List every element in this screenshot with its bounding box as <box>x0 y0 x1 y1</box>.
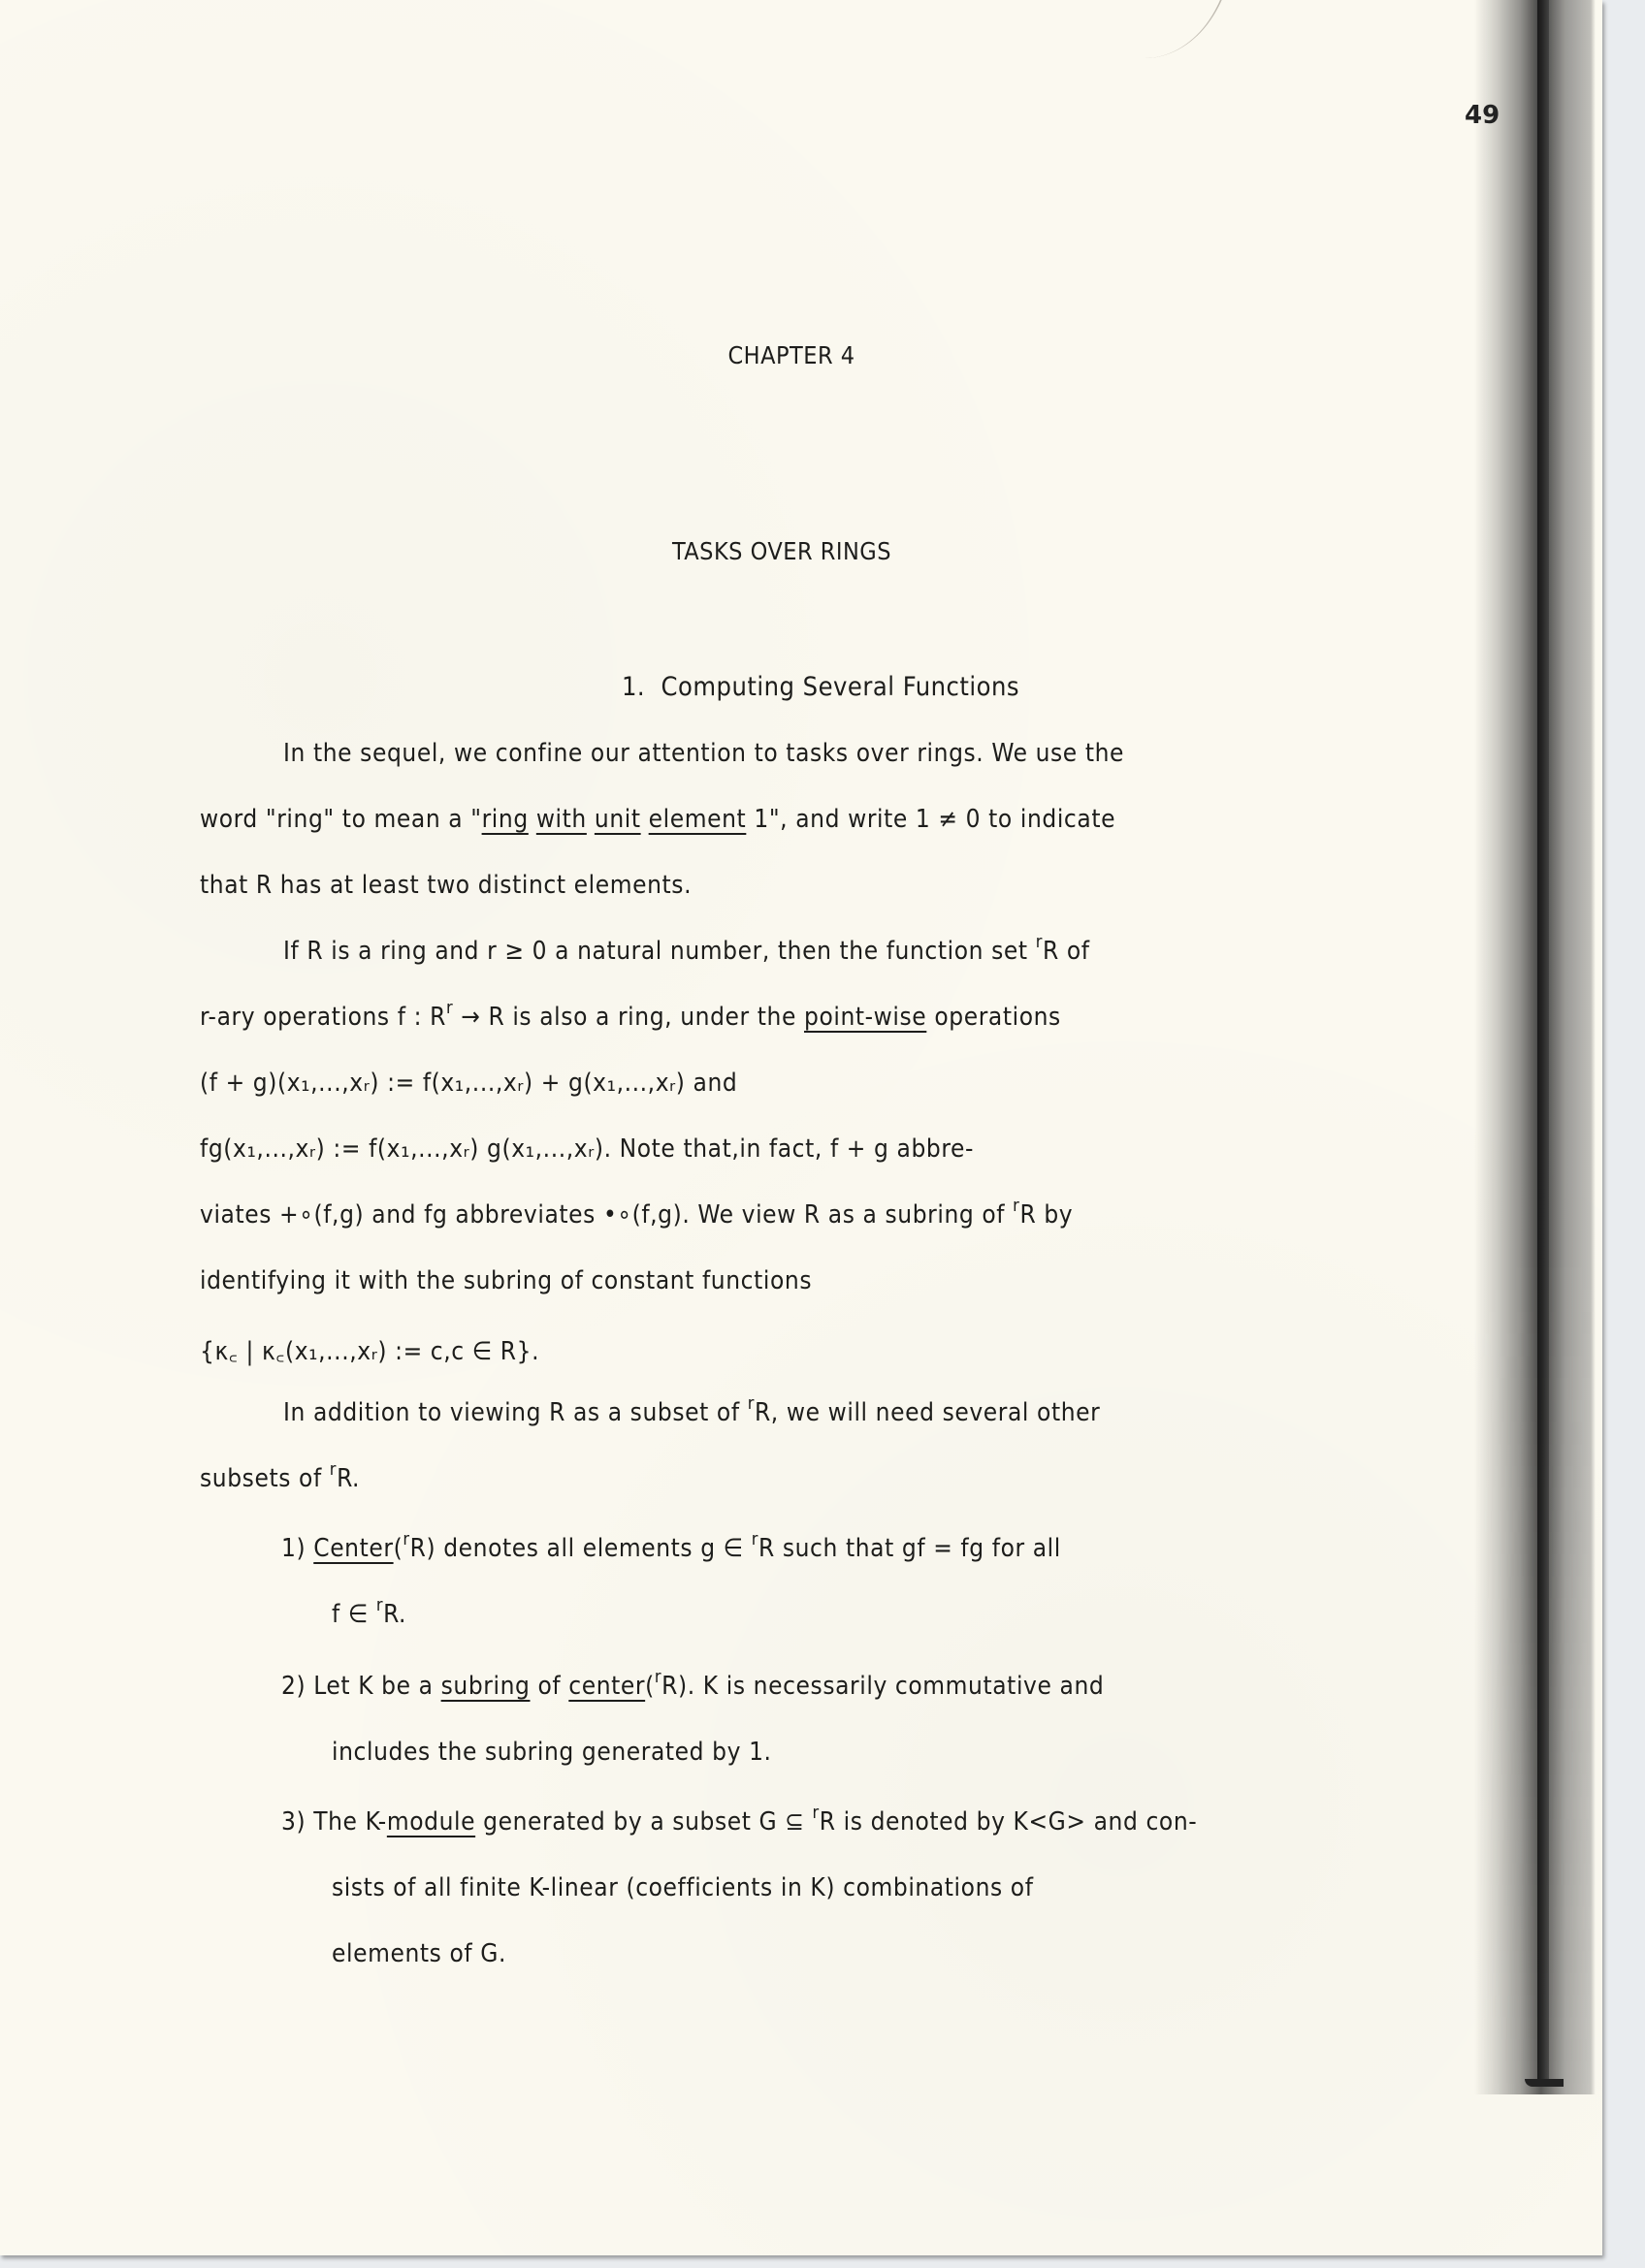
text: word "ring" to mean a " <box>200 805 482 834</box>
list-item-2-line-2: includes the subring generated by 1. <box>332 1738 772 1767</box>
chapter-heading: CHAPTER 4 <box>0 341 1593 369</box>
underlined-term: subring <box>441 1672 531 1701</box>
paper-curl-mark <box>1145 0 1234 58</box>
list-number: 1) <box>281 1534 306 1563</box>
text: R) denotes all elements g ∈ <box>410 1534 752 1563</box>
superscript: r <box>752 1529 758 1549</box>
list-item-3-line-1: 3) The K-module generated by a subset G … <box>281 1807 1197 1837</box>
list-item-1-line-1: 1) Center(rR) denotes all elements g ∈ r… <box>281 1534 1061 1563</box>
text: generated by a subset G ⊆ <box>475 1807 812 1837</box>
underlined-term: module <box>387 1807 475 1837</box>
text: R). K is necessarily commutative and <box>661 1672 1104 1701</box>
paragraph-3-line-1: In addition to viewing R as a subset of … <box>283 1398 1100 1427</box>
text: R of <box>1043 937 1090 966</box>
text: If R is a ring and r ≥ 0 a natural numbe… <box>283 937 1036 966</box>
text: The K- <box>313 1807 387 1837</box>
text: f ∈ <box>332 1600 376 1629</box>
superscript: r <box>330 1459 337 1480</box>
page-number: 49 <box>1465 101 1500 130</box>
list-number: 2) <box>281 1672 306 1701</box>
paragraph-2-line-4: fg(x₁,...,xᵣ) := f(x₁,...,xᵣ) g(x₁,...,x… <box>200 1134 974 1164</box>
text: ( <box>394 1534 403 1563</box>
list-item-1-line-2: f ∈ rR. <box>332 1600 406 1629</box>
underlined-term: with <box>536 805 587 834</box>
binding-edge <box>1537 0 1549 2083</box>
list-item-3-line-3: elements of G. <box>332 1939 506 1968</box>
paragraph-2-line-5: viates +∘(f,g) and fg abbreviates •∘(f,g… <box>200 1200 1073 1230</box>
underlined-term: unit <box>595 805 641 834</box>
paragraph-1-line-3: that R has at least two distinct element… <box>200 871 692 900</box>
paragraph-1-line-2: word "ring" to mean a "ring with unit el… <box>200 805 1115 834</box>
binding-shadow <box>1474 0 1596 2094</box>
paragraph-1-line-1: In the sequel, we confine our attention … <box>283 739 1124 768</box>
underlined-term: center <box>568 1672 645 1701</box>
text: r-ary operations f : R <box>200 1003 446 1032</box>
paragraph-2-line-1: If R is a ring and r ≥ 0 a natural numbe… <box>283 937 1090 966</box>
text: subsets of <box>200 1464 330 1493</box>
list-item-3-line-2: sists of all finite K-linear (coefficien… <box>332 1873 1034 1902</box>
binding-foot <box>1525 2079 1564 2087</box>
text: R is denoted by K<G> and con- <box>820 1807 1198 1837</box>
paragraph-3-line-2: subsets of rR. <box>200 1464 360 1493</box>
text: operations <box>926 1003 1061 1032</box>
paragraph-2-line-2: r-ary operations f : Rr → R is also a ri… <box>200 1003 1061 1032</box>
text: In addition to viewing R as a subset of <box>283 1398 748 1427</box>
underlined-term: Center <box>313 1534 393 1563</box>
paragraph-2-line-3: (f + g)(x₁,...,xᵣ) := f(x₁,...,xᵣ) + g(x… <box>200 1069 737 1098</box>
scanned-page: 49 CHAPTER 4 TASKS OVER RINGS 1. Computi… <box>0 0 1602 2255</box>
section-heading: 1. Computing Several Functions <box>19 672 1622 702</box>
underlined-term: point-wise <box>804 1003 926 1032</box>
superscript: r <box>748 1393 755 1414</box>
text: R. <box>337 1464 360 1493</box>
text: ( <box>645 1672 655 1701</box>
text: of <box>530 1672 568 1701</box>
list-number: 3) <box>281 1807 306 1837</box>
text: R by <box>1019 1200 1073 1230</box>
paragraph-2-line-6: identifying it with the subring of const… <box>200 1266 812 1295</box>
paragraph-2-line-7: {κ꜀ | κ꜀(x₁,...,xᵣ) := c,c ∈ R}. <box>200 1332 539 1367</box>
list-item-2-line-1: 2) Let K be a subring of center(rR). K i… <box>281 1672 1104 1701</box>
underlined-term: element <box>649 805 747 834</box>
superscript: r <box>403 1529 409 1549</box>
text: R, we will need several other <box>755 1398 1100 1427</box>
superscript: r <box>1036 932 1043 952</box>
superscript: r <box>813 1803 820 1823</box>
chapter-title: TASKS OVER RINGS <box>0 537 1583 565</box>
text: → R is also a ring, under the <box>453 1003 804 1032</box>
text: R such that gf = fg for all <box>758 1534 1061 1563</box>
text: 1", and write 1 ≠ 0 to indicate <box>746 805 1115 834</box>
text: R. <box>383 1600 406 1629</box>
underlined-term: ring <box>482 805 529 834</box>
text: viates +∘(f,g) and fg abbreviates •∘(f,g… <box>200 1200 1013 1230</box>
text: Let K be a <box>313 1672 440 1701</box>
